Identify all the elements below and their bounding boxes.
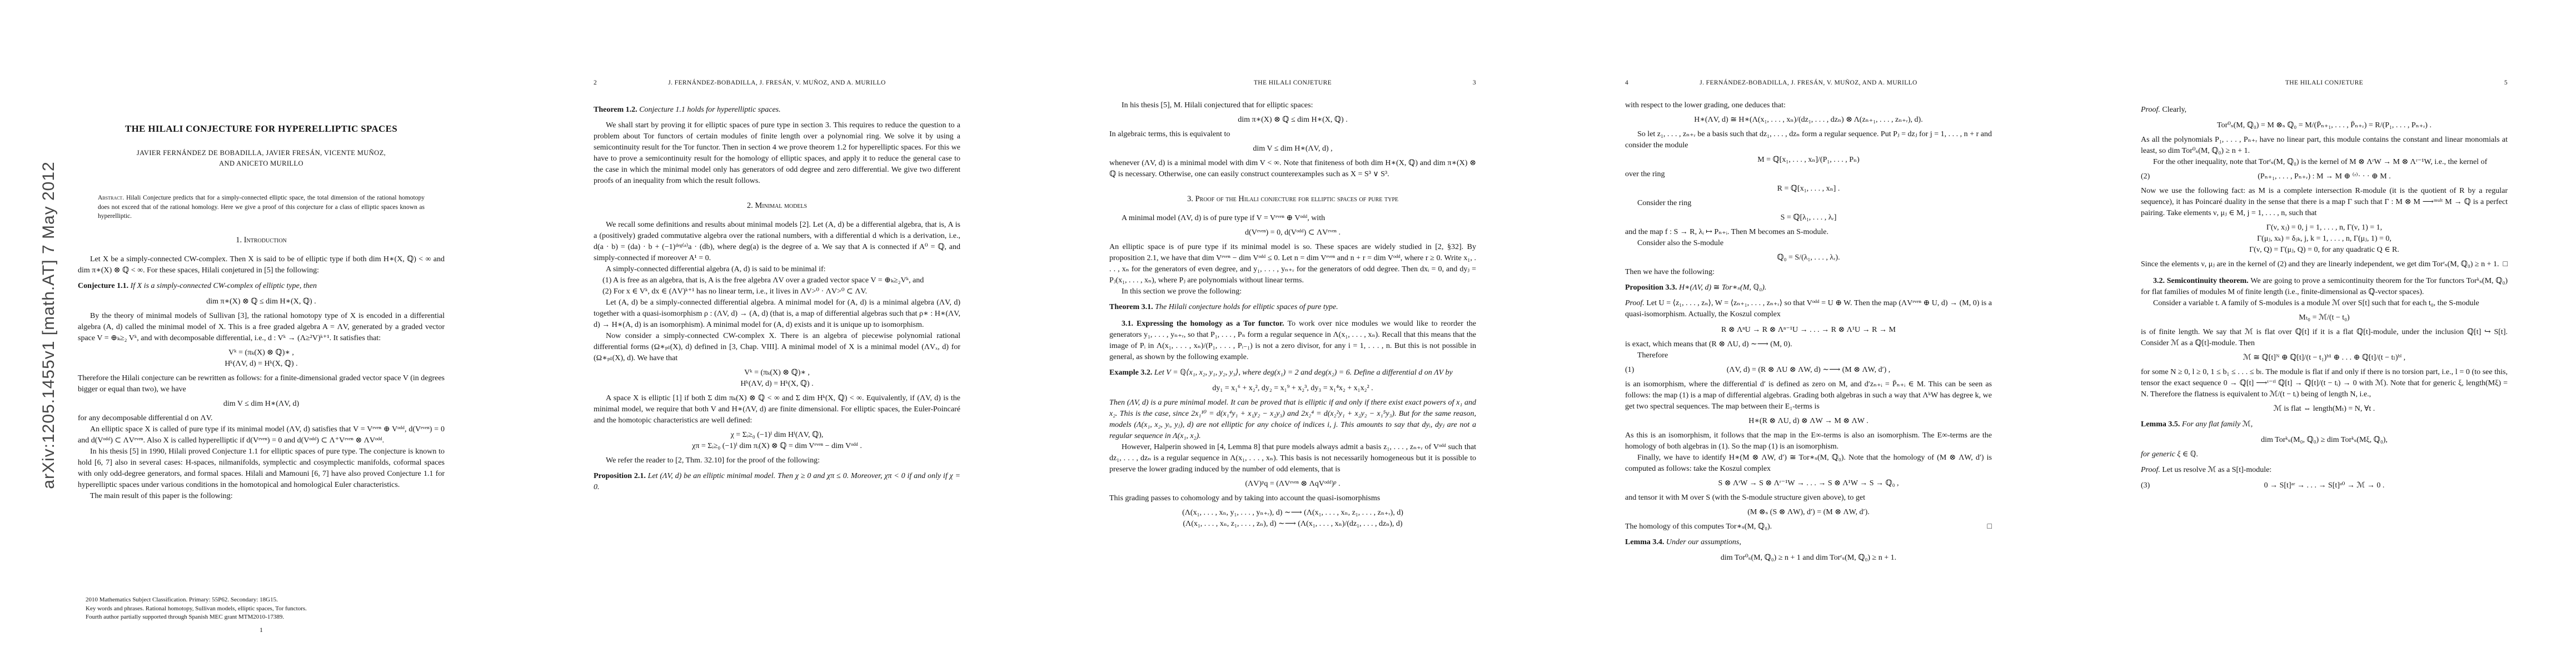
block-text: whenever (ΛV, d) is a minimal model with… (1109, 159, 1476, 178)
paragraph: So let z₁, . . . , zₙ₊ᵣ be a basis such … (1625, 129, 1992, 151)
display-equation: (3)0 → S[t]ᵃʳ → . . . → S[t]ᵃ⁰ → ℳ → 0 . (2141, 480, 2508, 491)
display-equation: χ = Σᵢ≥₀ (−1)ⁱ dim Hⁱ(ΛV, ℚ), χπ = Σᵢ≥₀ … (594, 430, 960, 452)
block-text: Therefore the Hilali conjecture can be r… (78, 374, 445, 394)
page-content: with respect to the lower grading, one d… (1625, 100, 1992, 564)
paragraph: and tensor it with M over S (with the S-… (1625, 492, 1992, 504)
paragraph: As all the polynomials P₁, . . . , Pₙ₊ᵣ … (2141, 135, 2508, 157)
page-2: 2 J. FERNÁNDEZ-BOBADILLA, J. FRESÁN, V. … (594, 0, 960, 667)
display-equation: dim Torᵏₛ(M₀, ℚ₀) ≥ dim Torᵏₛ(Mξ, ℚ₀), (2141, 435, 2508, 446)
paragraph: An elliptic space is of pure type if its… (1109, 242, 1476, 286)
block-label: Proof. (1625, 299, 1646, 307)
qed-box: □ (1987, 521, 1992, 532)
proof: Proof. Let us resolve ℳ as a S[t]-module… (2141, 465, 2508, 476)
footnotes: 2010 Mathematics Subject Classification.… (78, 596, 445, 622)
theorem: Proposition 3.3. H∗(ΛV, d) ≅ Tor∗ₛ(M, ℚ₀… (1625, 282, 1992, 293)
equation-text: dim π∗(X) ⊗ ℚ ≤ dim H∗(X, ℚ) . (1238, 116, 1347, 124)
display-equation: Tor⁰ₛ(M, ℚ₀) = M ⊗ₛ ℚ₀ = M/(P̄ₙ₊₁, . . .… (2141, 120, 2508, 131)
display-equation: (Λ(x₁, . . . , xₙ, y₁, . . . , yₙ₊ᵣ), d)… (1109, 507, 1476, 530)
paragraph: and the map f : S → R, λᵢ ↦ Pₙ₊ᵢ. Then M… (1625, 227, 1992, 238)
equation-text: H∗(ΛV, d) ≅ H∗(Λ(x₁, . . . , xₙ)/(dz₁, .… (1694, 116, 1922, 124)
paragraph: Therefore the Hilali conjecture can be r… (78, 373, 445, 395)
block-text: We recall some definitions and results a… (594, 221, 960, 262)
block-label: Example 3.2. (1109, 369, 1154, 377)
block-text: In algebraic terms, this is equivalent t… (1109, 130, 1230, 138)
paragraph: A simply-connected differential algebra … (594, 264, 960, 275)
section-heading: 1. Introduction (78, 236, 445, 245)
block-text: However, Halperin showed in [4, Lemma 8]… (1109, 443, 1476, 474)
paragraph: We refer the reader to [2, Thm. 32.10] f… (594, 455, 960, 466)
paragraph: Now consider a simply-connected CW-compl… (594, 331, 960, 364)
paragraph: over the ring (1625, 169, 1992, 180)
block-text: Finally, we have to identify H∗(M ⊗ ΛW, … (1625, 454, 1992, 473)
block-text: We refer the reader to [2, Thm. 32.10] f… (606, 456, 820, 465)
page-number: 5 (2504, 79, 2508, 86)
page-number: 4 (1625, 79, 1628, 86)
block-text: Conjecture 1.1 holds for hyperelliptic s… (639, 106, 780, 114)
paragraph: By the theory of minimal models of Sulli… (78, 311, 445, 344)
block-label: Proposition 2.1. (594, 472, 648, 480)
block-text: A simply-connected differential algebra … (606, 265, 826, 273)
theorem: Lemma 3.5. For any flat family ℳ, (2141, 419, 2508, 430)
display-equation: dy₁ = x₁⁶ + x₂², dy₂ = x₁⁹ + x₂³, dy₃ = … (1109, 383, 1476, 394)
block-text: Let X be a simply-connected CW-complex. … (78, 255, 445, 275)
paragraph: Consider also the S-module (1625, 238, 1992, 249)
equation-text: Mₜ₀ = ℳ/(t − t₀) (2299, 313, 2349, 322)
block-text: is of finite length. We say that ℳ is fl… (2141, 328, 2508, 347)
paragraph: Since the elements ν, μⱼ are in the kern… (2141, 259, 2508, 270)
block-text: Let V = ℚ⟨x₁, x₂, y₁, y₂, y₃⟩, where deg… (1154, 369, 1453, 377)
qed-box: □ (2503, 259, 2508, 270)
equation-text: Γ(ν, xⱼ) = 0, j = 1, . . . , n, Γ(ν, 1) … (2249, 223, 2399, 254)
block-text: and the map f : S → R, λᵢ ↦ Pₙ₊ᵢ. Then M… (1625, 228, 1828, 236)
paragraph: The main result of this paper is the fol… (78, 491, 445, 502)
running-head: 4 J. FERNÁNDEZ-BOBADILLA, J. FRESÁN, V. … (1625, 79, 1992, 88)
paragraph: This grading passes to cohomology and by… (1109, 493, 1476, 504)
paper-authors: JAVIER FERNÁNDEZ DE BOBADILLA, JAVIER FR… (78, 148, 445, 169)
equation-number: (1) (1625, 365, 1634, 376)
page-3: 3 THE HILALI CONJETURE In his thesis [5]… (1109, 0, 1476, 667)
page-content: Proof. Clearly,Tor⁰ₛ(M, ℚ₀) = M ⊗ₛ ℚ₀ = … (2141, 104, 2508, 491)
block-text: Now we use the following fact: as M is a… (2141, 187, 2508, 217)
footnote: Fourth author partially supported throug… (78, 613, 445, 622)
block-text: Let U = ⟨z₁, . . . , zₙ⟩, W = ⟨zₙ₊₁, . .… (1625, 299, 1992, 318)
paragraph: In this section we prove the following: (1109, 286, 1476, 297)
block-label: Conjecture 1.1. (78, 282, 131, 290)
display-equation: (ΛV)ᵖq = (ΛVᵉᵛᵉⁿ ⊗ ΛqVᵒᵈᵈ)ᵖ . (1109, 479, 1476, 490)
display-equation: dim Tor⁰ₛ(M, ℚ₀) ≥ n + 1 and dim Torʳₛ(M… (1625, 552, 1992, 564)
equation-number: (2) (2141, 171, 2150, 182)
block-text: Clearly, (2162, 106, 2186, 114)
display-equation: H∗(R ⊗ ΛU, d) ⊗ ΛW → M ⊗ ΛW . (1625, 416, 1992, 427)
theorem: Theorem 3.1. The Hilali conjecture holds… (1109, 302, 1476, 313)
paragraph: The homology of this computes Tor∗ₛ(M, ℚ… (1625, 521, 1992, 532)
running-title: J. FERNÁNDEZ-BOBADILLA, J. FRESÁN, V. MU… (1625, 79, 1992, 86)
paragraph: Let X be a simply-connected CW-complex. … (78, 254, 445, 276)
block-text: for any decomposable differential d on Λ… (78, 414, 213, 422)
equation-text: dim V ≤ dim H∗(ΛV, d) , (1253, 145, 1332, 153)
display-equation: Γ(ν, xⱼ) = 0, j = 1, . . . , n, Γ(ν, 1) … (2141, 222, 2508, 256)
equation-text: M = ℚ[x₁, . . . , xₙ]/(P₁, . . . , Pₙ) (1757, 156, 1860, 164)
equation-text: (Λ(x₁, . . . , xₙ, y₁, . . . , yₙ₊ᵣ), d)… (1182, 509, 1403, 528)
block-text: An elliptic space X is called of pure ty… (78, 425, 445, 445)
paragraph: For the other inequality, note that Torʳ… (2141, 157, 2508, 168)
section-heading: 2. Minimal models (594, 201, 960, 211)
proof: Proof. Let U = ⟨z₁, . . . , zₙ⟩, W = ⟨zₙ… (1625, 298, 1992, 320)
page-content: Theorem 1.2. Conjecture 1.1 holds for hy… (594, 104, 960, 493)
display-equation: dim π∗(X) ⊗ ℚ ≤ dim H∗(X, ℚ) . (78, 296, 445, 307)
page-content: In his thesis [5], M. Hilali conjectured… (1109, 100, 1476, 530)
block-label: Proposition 3.3. (1625, 283, 1679, 292)
block-text: Therefore (1637, 351, 1668, 360)
equation-text: dim π∗(X) ⊗ ℚ ≤ dim H∗(X, ℚ) . (206, 297, 316, 306)
theorem: Lemma 3.4. Under our assumptions, (1625, 537, 1992, 548)
list-item: (1) A is free as an algebra, that is, A … (594, 275, 960, 286)
block-text: Let (ΛV, d) be an elliptic minimal model… (594, 472, 960, 491)
block-text: (2) For x ∈ Vᵏ, dx ∈ (ΛV)ᵏ⁺¹ has no line… (602, 287, 867, 296)
equation-text: S ⊗ ΛʳW → S ⊗ Λʳ⁻¹W → . . . → S ⊗ Λ¹W → … (1718, 479, 1899, 487)
block-text: The Hilali conjecture holds for elliptic… (1155, 303, 1338, 311)
block-text: A space X is elliptic [1] if both Σ dim … (594, 394, 960, 425)
abstract-text: Hilali Conjecture predicts that for a si… (98, 195, 425, 220)
block-text: with respect to the lower grading, one d… (1625, 101, 1786, 109)
running-head: 5 THE HILALI CONJETURE (2141, 79, 2508, 88)
equation-text: Tor⁰ₛ(M, ℚ₀) = M ⊗ₛ ℚ₀ = M/(P̄ₙ₊₁, . . .… (2217, 121, 2431, 130)
display-equation: (1)(ΛV, d) = (R ⊗ ΛU ⊗ ΛW, d) ∼⟶ (M ⊗ ΛW… (1625, 365, 1992, 376)
block-label: 3.1. Expressing the homology as a Tor fu… (1122, 320, 1287, 328)
display-equation: (M ⊗ₛ (S ⊗ ΛW), d′) = (M ⊗ ΛW, d′). (1625, 507, 1992, 518)
block-text: For the other inequality, note that Torʳ… (2153, 158, 2487, 166)
block-text: As this is an isomorphism, it follows th… (1625, 431, 1992, 451)
equation-text: R ⊗ ΛⁿU → R ⊗ Λⁿ⁻¹U → . . . → R ⊗ Λ¹U → … (1721, 326, 1896, 334)
paragraph: Now we use the following fact: as M is a… (2141, 186, 2508, 219)
page-number: 2 (594, 79, 597, 86)
paragraph: In his thesis [5] in 1990, Hilali proved… (78, 446, 445, 491)
paragraph: As this is an isomorphism, it follows th… (1625, 430, 1992, 452)
theorem: Example 3.2. Let V = ℚ⟨x₁, x₂, y₁, y₂, y… (1109, 367, 1476, 379)
page-content: 1. IntroductionLet X be a simply-connect… (78, 236, 445, 502)
page-4: 4 J. FERNÁNDEZ-BOBADILLA, J. FRESÁN, V. … (1625, 0, 1992, 667)
paper-multipage-view: arXiv:1205.1455v1 [math.AT] 7 May 2012 T… (0, 0, 2576, 667)
block-label: Proof. (2141, 466, 2162, 474)
paragraph: is of finite length. We say that ℳ is fl… (2141, 327, 2508, 349)
paragraph: is an isomorphism, where the differentia… (1625, 379, 1992, 412)
equation-text: χ = Σᵢ≥₀ (−1)ⁱ dim Hⁱ(ΛV, ℚ), χπ = Σᵢ≥₀ … (692, 431, 862, 450)
running-head: 3 THE HILALI CONJETURE (1109, 79, 1476, 88)
equation-text: dim V ≤ dim H∗(ΛV, d) (223, 400, 299, 408)
section-heading: 3. Proof of the Hilali conjecture for el… (1109, 195, 1476, 204)
display-equation: R = ℚ[x₁, . . . , xₙ] . (1625, 183, 1992, 195)
abstract: Abstract. Hilali Conjecture predicts tha… (98, 193, 425, 221)
paragraph: for generic ξ ∈ ℚ. (2141, 449, 2508, 460)
equation-text: (M ⊗ₛ (S ⊗ ΛW), d′) = (M ⊗ ΛW, d′). (1747, 508, 1870, 516)
display-equation: d(Vᵉᵛᵉⁿ) = 0, d(Vᵒᵈᵈ) ⊂ ΛVᵉᵛᵉⁿ . (1109, 227, 1476, 238)
paragraph: However, Halperin showed in [4, Lemma 8]… (1109, 442, 1476, 475)
equation-text: R = ℚ[x₁, . . . , xₙ] . (1777, 185, 1840, 193)
equation-text: Vᵏ = (πₖ(X) ⊗ ℚ)∗ , Hᵏ(ΛV, d) = Hᵏ(X, ℚ)… (740, 369, 813, 388)
equation-text: (Pₙ₊₁, . . . , Pₙ₊ᵣ) : M → M ⊕ ⁽ʳ⁾· · · … (2258, 172, 2390, 181)
block-text: for generic ξ ∈ ℚ. (2141, 450, 2198, 459)
block-label: Proof. (2141, 106, 2162, 114)
display-equation: H∗(ΛV, d) ≅ H∗(Λ(x₁, . . . , xₙ)/(dz₁, .… (1625, 115, 1992, 126)
running-head: 2 J. FERNÁNDEZ-BOBADILLA, J. FRESÁN, V. … (594, 79, 960, 88)
equation-text: S = ℚ[λ₁, . . . , λᵣ] (1781, 213, 1837, 222)
display-equation: dim V ≤ dim H∗(ΛV, d) (78, 399, 445, 410)
paragraph: Then (ΛV, d) is a pure minimal model. It… (1109, 397, 1476, 442)
display-equation: S = ℚ[λ₁, . . . , λᵣ] (1625, 212, 1992, 223)
block-text: Let us resolve ℳ as a S[t]-module: (2162, 466, 2271, 474)
equation-text: dim Torᵏₛ(M₀, ℚ₀) ≥ dim Torᵏₛ(Mξ, ℚ₀), (2261, 436, 2388, 444)
proof: Proof. Clearly, (2141, 104, 2508, 116)
display-equation: S ⊗ ΛʳW → S ⊗ Λʳ⁻¹W → . . . → S ⊗ Λ¹W → … (1625, 478, 1992, 489)
arxiv-stamp: arXiv:1205.1455v1 [math.AT] 7 May 2012 (39, 161, 58, 489)
display-equation: ℳ ≅ ℚ[t]ᴺ ⊕ ℚ[t]/(t − t₁)ᵇ¹ ⊕ . . . ⊕ ℚ[… (2141, 352, 2508, 364)
block-label: Theorem 1.2. (594, 106, 639, 114)
display-equation: dim π∗(X) ⊗ ℚ ≤ dim H∗(X, ℚ) . (1109, 115, 1476, 126)
equation-text: Vᵏ = (πₖ(X) ⊗ ℚ)∗ , Hᵏ(ΛV, d) = Hᵏ(X, ℚ)… (225, 349, 297, 368)
display-equation: Vᵏ = (πₖ(X) ⊗ ℚ)∗ , Hᵏ(ΛV, d) = Hᵏ(X, ℚ)… (594, 367, 960, 390)
block-text: The homology of this computes Tor∗ₛ(M, ℚ… (1625, 522, 1772, 531)
block-text: (1) A is free as an algebra, that is, A … (602, 276, 924, 285)
equation-text: ℚ₀ = S/(λ₁, . . . , λᵣ). (1777, 253, 1840, 262)
paragraph: A minimal model (ΛV, d) is of pure type … (1109, 213, 1476, 224)
paragraph: Consider the ring (1625, 198, 1992, 209)
display-equation: R ⊗ ΛⁿU → R ⊗ Λⁿ⁻¹U → . . . → R ⊗ Λ¹U → … (1625, 325, 1992, 336)
block-text: H∗(ΛV, d) ≅ Tor∗ₛ(M, ℚ₀). (1679, 283, 1766, 292)
equation-text: dim Tor⁰ₛ(M, ℚ₀) ≥ n + 1 and dim Torʳₛ(M… (1721, 554, 1896, 562)
block-label: 3.2. Semicontinuity theorem. (2153, 277, 2250, 285)
block-text: Under our assumptions, (1666, 538, 1741, 546)
paragraph: In his thesis [5], M. Hilali conjectured… (1109, 100, 1476, 111)
display-equation: Vᵏ = (πₖ(X) ⊗ ℚ)∗ , Hᵏ(ΛV, d) = Hᵏ(X, ℚ)… (78, 347, 445, 370)
paragraph: Therefore (1625, 350, 1992, 361)
block-text: As all the polynomials P₁, . . . , Pₙ₊ᵣ … (2141, 136, 2508, 155)
block-text: for some N ≥ 0, l ≥ 0, 1 ≤ b₁ ≤ . . . ≤ … (2141, 368, 2508, 399)
block-text: In this section we prove the following: (1122, 287, 1242, 296)
block-text: In his thesis [5], M. Hilali conjectured… (1122, 101, 1313, 109)
block-text: Consider also the S-module (1637, 239, 1723, 247)
paragraph: Let (A, d) be a simply-connected differe… (594, 297, 960, 331)
equation-text: ℳ is flat ⇔ length(Mₜ) = N, ∀t . (2274, 405, 2375, 413)
paragraph: Then we have the following: (1625, 267, 1992, 278)
paragraph: for any decomposable differential d on Λ… (78, 413, 445, 424)
equation-text: d(Vᵉᵛᵉⁿ) = 0, d(Vᵒᵈᵈ) ⊂ ΛVᵉᵛᵉⁿ . (1245, 228, 1341, 237)
equation-text: H∗(R ⊗ ΛU, d) ⊗ ΛW → M ⊗ ΛW . (1748, 417, 1868, 425)
paragraph: is exact, which means that (R ⊗ ΛU, d) ∼… (1625, 339, 1992, 350)
page-number: 1 (78, 626, 445, 634)
block-text: and tensor it with M over S (with the S-… (1625, 494, 1865, 502)
paragraph: An elliptic space X is called of pure ty… (78, 424, 445, 446)
block-text: is exact, which means that (R ⊗ ΛU, d) ∼… (1625, 340, 1792, 349)
subsection: 3.2. Semicontinuity theorem. We are goin… (2141, 276, 2508, 298)
display-equation: ℳ is flat ⇔ length(Mₜ) = N, ∀t . (2141, 404, 2508, 415)
footnote: Key words and phrases. Rational homotopy… (78, 605, 445, 614)
block-text: This grading passes to cohomology and by… (1109, 494, 1380, 502)
block-text: is an isomorphism, where the differentia… (1625, 380, 1992, 411)
paragraph: In algebraic terms, this is equivalent t… (1109, 129, 1476, 140)
paragraph: Consider a variable t. A family of S-mod… (2141, 298, 2508, 309)
block-text: We shall start by proving it for ellipti… (594, 121, 960, 185)
block-text: Let (A, d) be a simply-connected differe… (594, 298, 960, 329)
block-text: Consider a variable t. A family of S-mod… (2153, 299, 2479, 307)
block-text: Then we have the following: (1625, 268, 1715, 276)
running-title: J. FERNÁNDEZ-BOBADILLA, J. FRESÁN, V. MU… (594, 79, 960, 86)
block-text: A minimal model (ΛV, d) is of pure type … (1122, 214, 1325, 222)
theorem: Conjecture 1.1. If X is a simply-connect… (78, 281, 445, 292)
display-equation: dim V ≤ dim H∗(ΛV, d) , (1109, 143, 1476, 155)
footnote: 2010 Mathematics Subject Classification.… (78, 596, 445, 605)
equation-number: (3) (2141, 480, 2150, 491)
display-equation: M = ℚ[x₁, . . . , xₙ]/(P₁, . . . , Pₙ) (1625, 155, 1992, 166)
block-label: Lemma 3.5. (2141, 420, 2182, 429)
abstract-label: Abstract. (98, 195, 124, 201)
block-text: over the ring (1625, 170, 1665, 178)
paragraph: We shall start by proving it for ellipti… (594, 120, 960, 187)
block-text: The main result of this paper is the fol… (90, 492, 233, 500)
page-1: THE HILALI CONJECTURE FOR HYPERELLIPTIC … (78, 0, 445, 667)
block-text: Consider the ring (1637, 199, 1691, 207)
paragraph: A space X is elliptic [1] if both Σ dim … (594, 393, 960, 426)
block-text: If X is a simply-connected CW-complex of… (131, 282, 317, 290)
running-title: THE HILALI CONJETURE (2141, 79, 2508, 86)
block-text: By the theory of minimal models of Sulli… (78, 312, 445, 342)
paper-title: THE HILALI CONJECTURE FOR HYPERELLIPTIC … (78, 123, 445, 135)
theorem: Theorem 1.2. Conjecture 1.1 holds for hy… (594, 104, 960, 116)
paragraph: for some N ≥ 0, l ≥ 0, 1 ≤ b₁ ≤ . . . ≤ … (2141, 367, 2508, 400)
block-label: Lemma 3.4. (1625, 538, 1666, 546)
block-text: An elliptic space is of pure type if its… (1109, 243, 1476, 285)
equation-text: dy₁ = x₁⁶ + x₂², dy₂ = x₁⁹ + x₂³, dy₃ = … (1212, 384, 1373, 392)
page-5: 5 THE HILALI CONJETURE Proof. Clearly,To… (2141, 0, 2508, 667)
paragraph: We recall some definitions and results a… (594, 220, 960, 264)
page-number: 3 (1473, 79, 1476, 86)
paragraph: Finally, we have to identify H∗(M ⊗ ΛW, … (1625, 452, 1992, 475)
equation-text: 0 → S[t]ᵃʳ → . . . → S[t]ᵃ⁰ → ℳ → 0 . (2264, 481, 2385, 490)
block-text: In his thesis [5] in 1990, Hilali proved… (78, 447, 445, 489)
equation-text: (ΛV, d) = (R ⊗ ΛU ⊗ ΛW, d) ∼⟶ (M ⊗ ΛW, d… (1727, 366, 1891, 374)
block-text: So let z₁, . . . , zₙ₊ᵣ be a basis such … (1625, 130, 1992, 150)
running-title: THE HILALI CONJETURE (1109, 79, 1476, 86)
block-text: Then (ΛV, d) is a pure minimal model. It… (1109, 399, 1476, 440)
block-label: Theorem 3.1. (1109, 303, 1155, 311)
paragraph: whenever (ΛV, d) is a minimal model with… (1109, 158, 1476, 180)
block-text: For any flat family ℳ, (2182, 420, 2253, 429)
block-text: Since the elements ν, μⱼ are in the kern… (2141, 260, 2499, 268)
subsection: 3.1. Expressing the homology as a Tor fu… (1109, 318, 1476, 363)
equation-text: ℳ ≅ ℚ[t]ᴺ ⊕ ℚ[t]/(t − t₁)ᵇ¹ ⊕ . . . ⊕ ℚ[… (2243, 354, 2405, 362)
block-text: Now consider a simply-connected CW-compl… (594, 332, 960, 362)
display-equation: Mₜ₀ = ℳ/(t − t₀) (2141, 312, 2508, 323)
paragraph: with respect to the lower grading, one d… (1625, 100, 1992, 111)
display-equation: (2)(Pₙ₊₁, . . . , Pₙ₊ᵣ) : M → M ⊕ ⁽ʳ⁾· ·… (2141, 171, 2508, 182)
display-equation: ℚ₀ = S/(λ₁, . . . , λᵣ). (1625, 252, 1992, 263)
equation-text: (ΛV)ᵖq = (ΛVᵉᵛᵉⁿ ⊗ ΛqVᵒᵈᵈ)ᵖ . (1245, 480, 1340, 488)
list-item: (2) For x ∈ Vᵏ, dx ∈ (ΛV)ᵏ⁺¹ has no line… (594, 286, 960, 297)
theorem: Proposition 2.1. Let (ΛV, d) be an ellip… (594, 471, 960, 493)
